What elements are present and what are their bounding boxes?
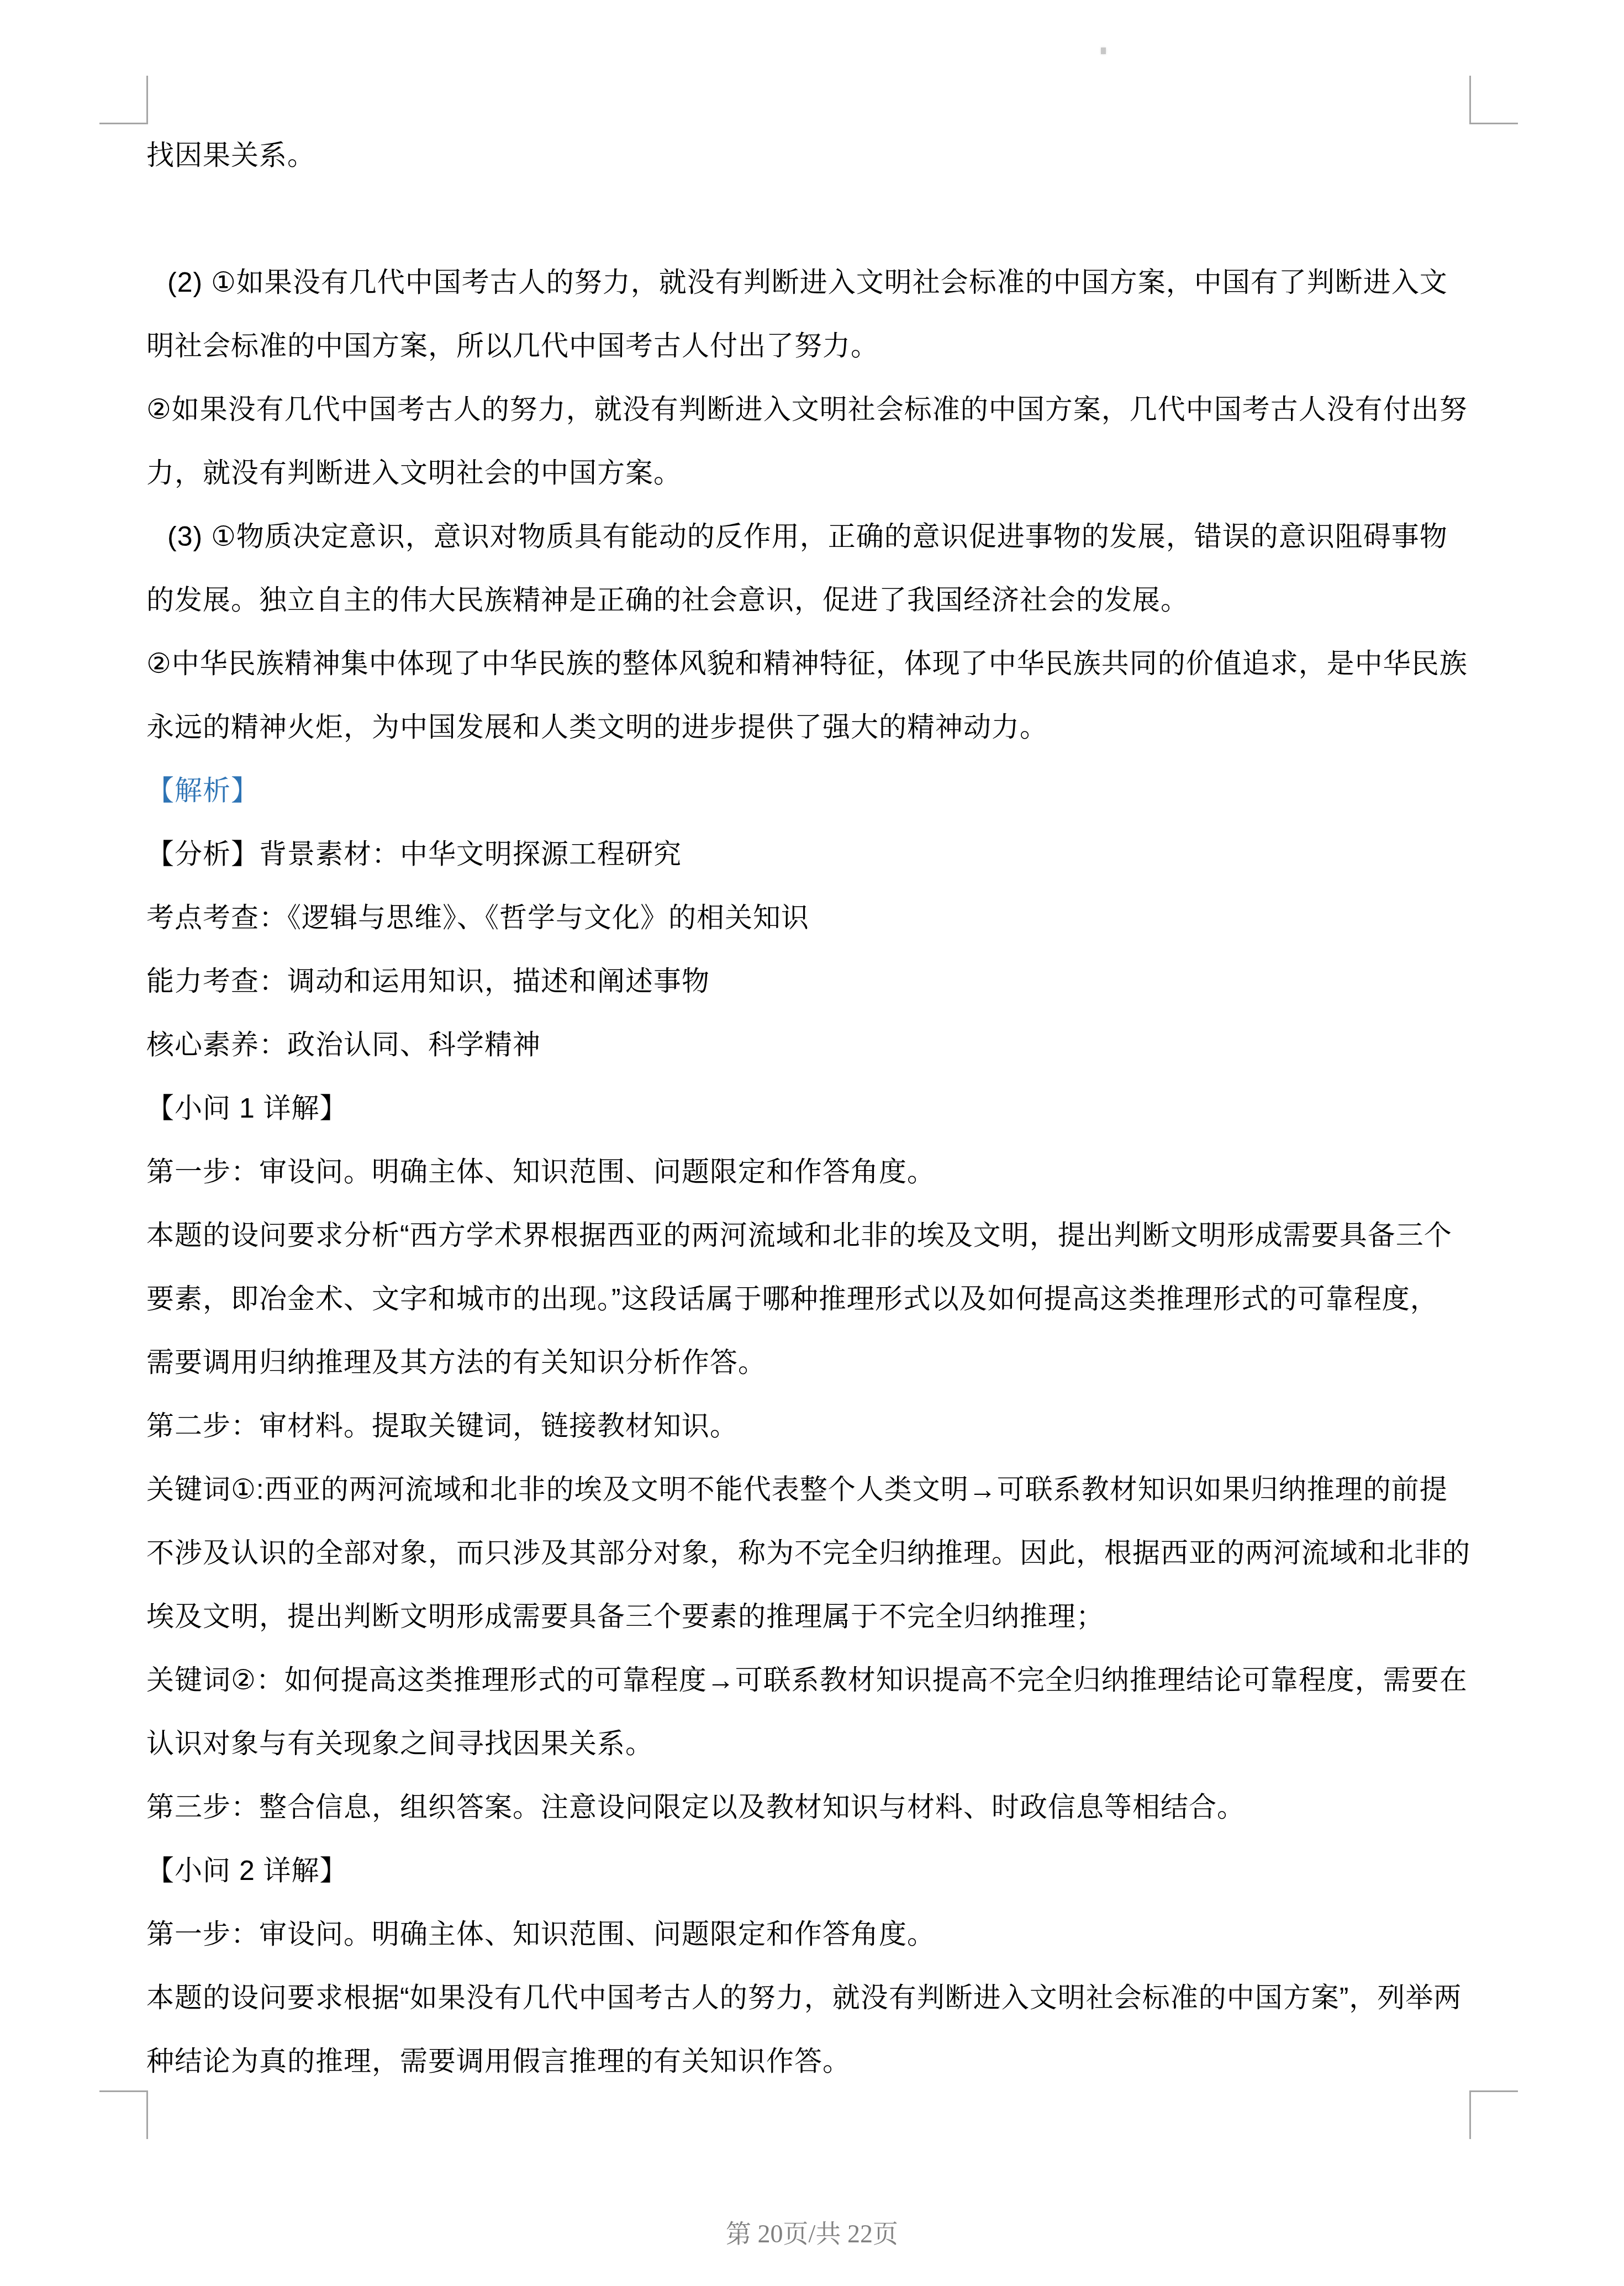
scan-artifact-dot bbox=[1101, 48, 1106, 54]
text-line: 【解析】 bbox=[146, 759, 1472, 823]
text-line: 能力考查：调动和运用知识，描述和阐述事物 bbox=[146, 950, 1472, 1013]
text-line: 关键词②：如何提高这类推理形式的可靠程度→可联系教材知识提高不完全归纳推理结论可… bbox=[146, 1648, 1472, 1712]
text-line: 埃及文明，提出判断文明形成需要具备三个要素的推理属于不完全归纳推理； bbox=[146, 1585, 1472, 1648]
text-line: 要素，即冶金术、文字和城市的出现。”这段话属于哪种推理形式以及如何提高这类推理形… bbox=[146, 1267, 1472, 1331]
crop-mark-bottom-left bbox=[99, 2090, 148, 2139]
text-line: 需要调用归纳推理及其方法的有关知识分析作答。 bbox=[146, 1331, 1472, 1394]
text-line: 核心素养：政治认同、科学精神 bbox=[146, 1013, 1472, 1077]
text-line: 第二步：审材料。提取关键词，链接教材知识。 bbox=[146, 1394, 1472, 1458]
text-line: 考点考查：《逻辑与思维》、《哲学与文化》的相关知识 bbox=[146, 886, 1472, 950]
text-line: (3) ①物质决定意识，意识对物质具有能动的反作用，正确的意识促进事物的发展，错… bbox=[146, 505, 1472, 568]
page-number-footer: 第 20页/共 22页 bbox=[0, 2216, 1624, 2252]
text-line: 本题的设问要求根据“如果没有几代中国考古人的努力，就没有判断进入文明社会标准的中… bbox=[146, 1966, 1472, 2030]
document-body: 找因果关系。(2) ①如果没有几代中国考古人的努力，就没有判断进入文明社会标准的… bbox=[146, 124, 1472, 2093]
text-line: 明社会标准的中国方案，所以几代中国考古人付出了努力。 bbox=[146, 314, 1472, 378]
text-line: 种结论为真的推理，需要调用假言推理的有关知识作答。 bbox=[146, 2030, 1472, 2093]
text-line: 【小问 1 详解】 bbox=[146, 1077, 1472, 1140]
text-line: 力，就没有判断进入文明社会的中国方案。 bbox=[146, 441, 1472, 505]
text-line: 关键词①:西亚的两河流域和北非的埃及文明不能代表整个人类文明→可联系教材知识如果… bbox=[146, 1458, 1472, 1521]
text-line: 第一步：审设问。明确主体、知识范围、问题限定和作答角度。 bbox=[146, 1903, 1472, 1966]
text-line: ②中华民族精神集中体现了中华民族的整体风貌和精神特征，体现了中华民族共同的价值追… bbox=[146, 632, 1472, 696]
text-line: (2) ①如果没有几代中国考古人的努力，就没有判断进入文明社会标准的中国方案，中… bbox=[146, 251, 1472, 314]
text-line: 认识对象与有关现象之间寻找因果关系。 bbox=[146, 1712, 1472, 1776]
text-line: 第三步：整合信息，组织答案。注意设问限定以及教材知识与材料、时政信息等相结合。 bbox=[146, 1776, 1472, 1839]
blank-line bbox=[146, 187, 1472, 251]
crop-mark-top-right bbox=[1469, 76, 1518, 124]
text-line: 本题的设问要求分析“西方学术界根据西亚的两河流域和北非的埃及文明，提出判断文明形… bbox=[146, 1204, 1472, 1267]
text-line: 【小问 2 详解】 bbox=[146, 1839, 1472, 1903]
text-line: 永远的精神火炬，为中国发展和人类文明的进步提供了强大的精神动力。 bbox=[146, 696, 1472, 759]
text-line: 不涉及认识的全部对象，而只涉及其部分对象，称为不完全归纳推理。因此，根据西亚的两… bbox=[146, 1521, 1472, 1585]
crop-mark-bottom-right bbox=[1469, 2090, 1518, 2139]
text-line: 第一步：审设问。明确主体、知识范围、问题限定和作答角度。 bbox=[146, 1140, 1472, 1204]
text-line: 找因果关系。 bbox=[146, 124, 1472, 187]
text-line: 的发展。独立自主的伟大民族精神是正确的社会意识，促进了我国经济社会的发展。 bbox=[146, 568, 1472, 632]
text-line: ②如果没有几代中国考古人的努力，就没有判断进入文明社会标准的中国方案，几代中国考… bbox=[146, 378, 1472, 441]
crop-mark-top-left bbox=[99, 76, 148, 124]
text-line: 【分析】背景素材：中华文明探源工程研究 bbox=[146, 823, 1472, 886]
